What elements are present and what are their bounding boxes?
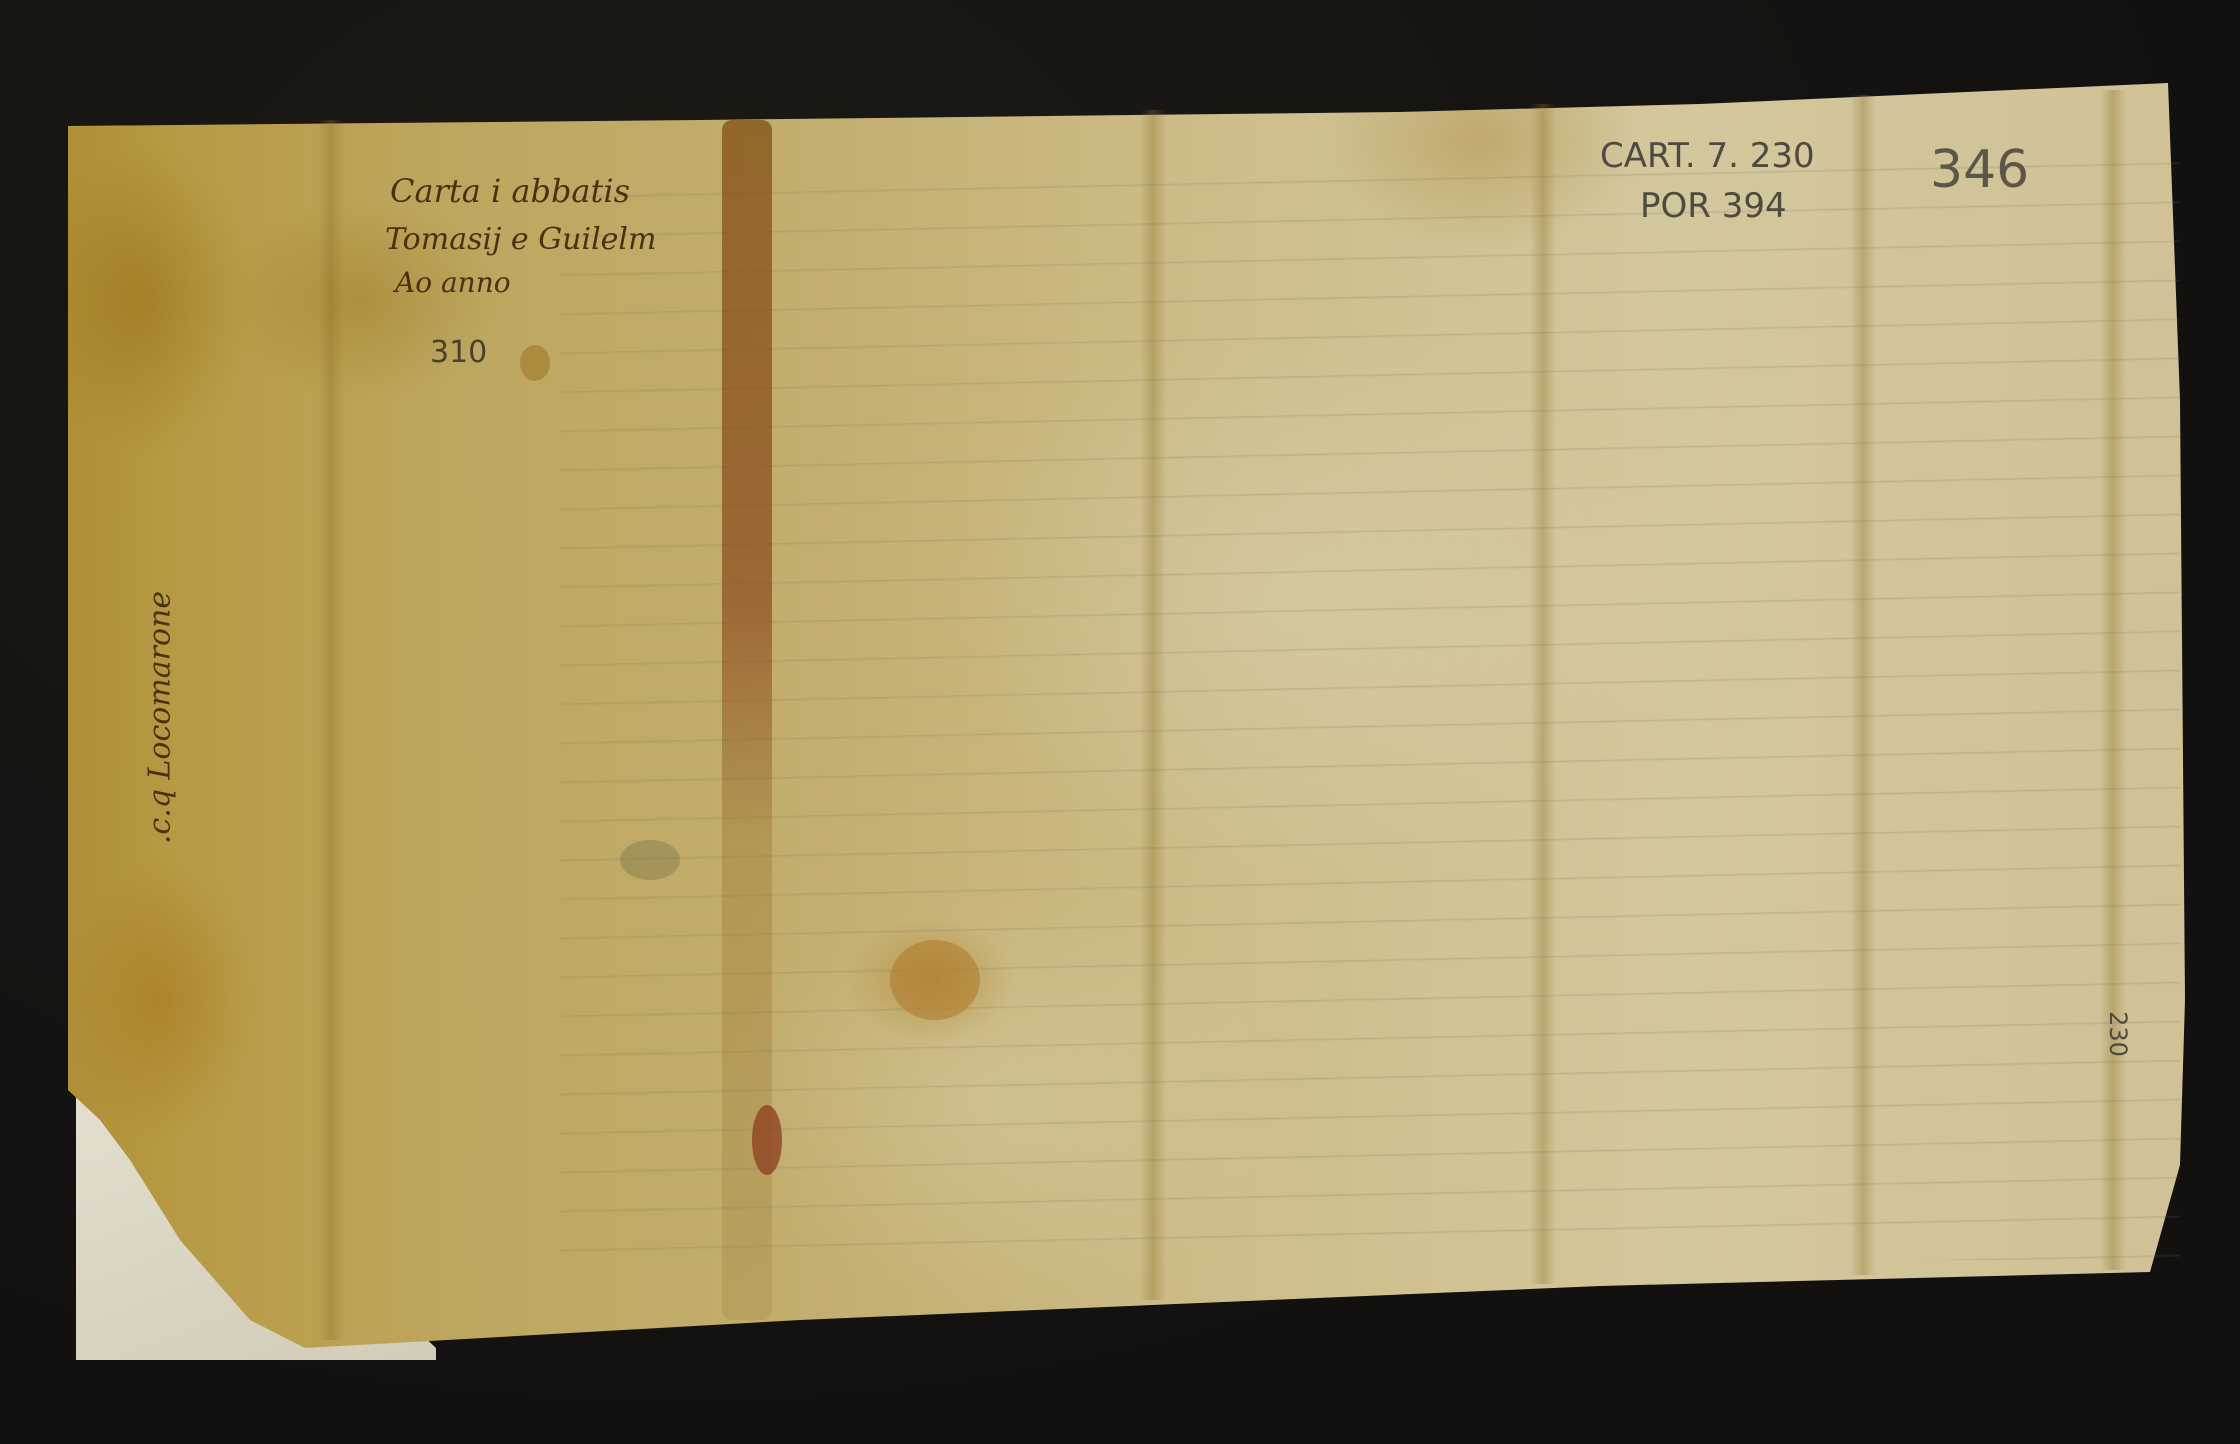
- margin-note: .c.q Locomarone: [143, 588, 178, 848]
- shelfmark-line2: POR 394: [1640, 186, 1787, 226]
- catalog-number: 346: [1930, 140, 2029, 200]
- stain-blot: [620, 840, 680, 880]
- red-stain: [752, 1105, 782, 1175]
- stain-blot: [520, 345, 550, 381]
- shelfmark-line1: CART. 7. 230: [1600, 136, 1815, 176]
- fold-line: [1140, 110, 1166, 1300]
- fold-line: [1530, 104, 1556, 1284]
- stain-blot: [890, 940, 980, 1020]
- dorsal-note-line1: Carta i abbatis: [390, 172, 630, 210]
- dorsal-number: 310: [430, 335, 487, 370]
- edge-number: 230: [2104, 1011, 2132, 1057]
- fold-line: [2100, 90, 2126, 1270]
- dorsal-note-line3: Ao anno: [395, 266, 511, 299]
- fold-line: [318, 120, 344, 1340]
- fold-line: [1850, 95, 1876, 1275]
- dorsal-note-line2: Tomasij e Guilelm: [385, 222, 656, 257]
